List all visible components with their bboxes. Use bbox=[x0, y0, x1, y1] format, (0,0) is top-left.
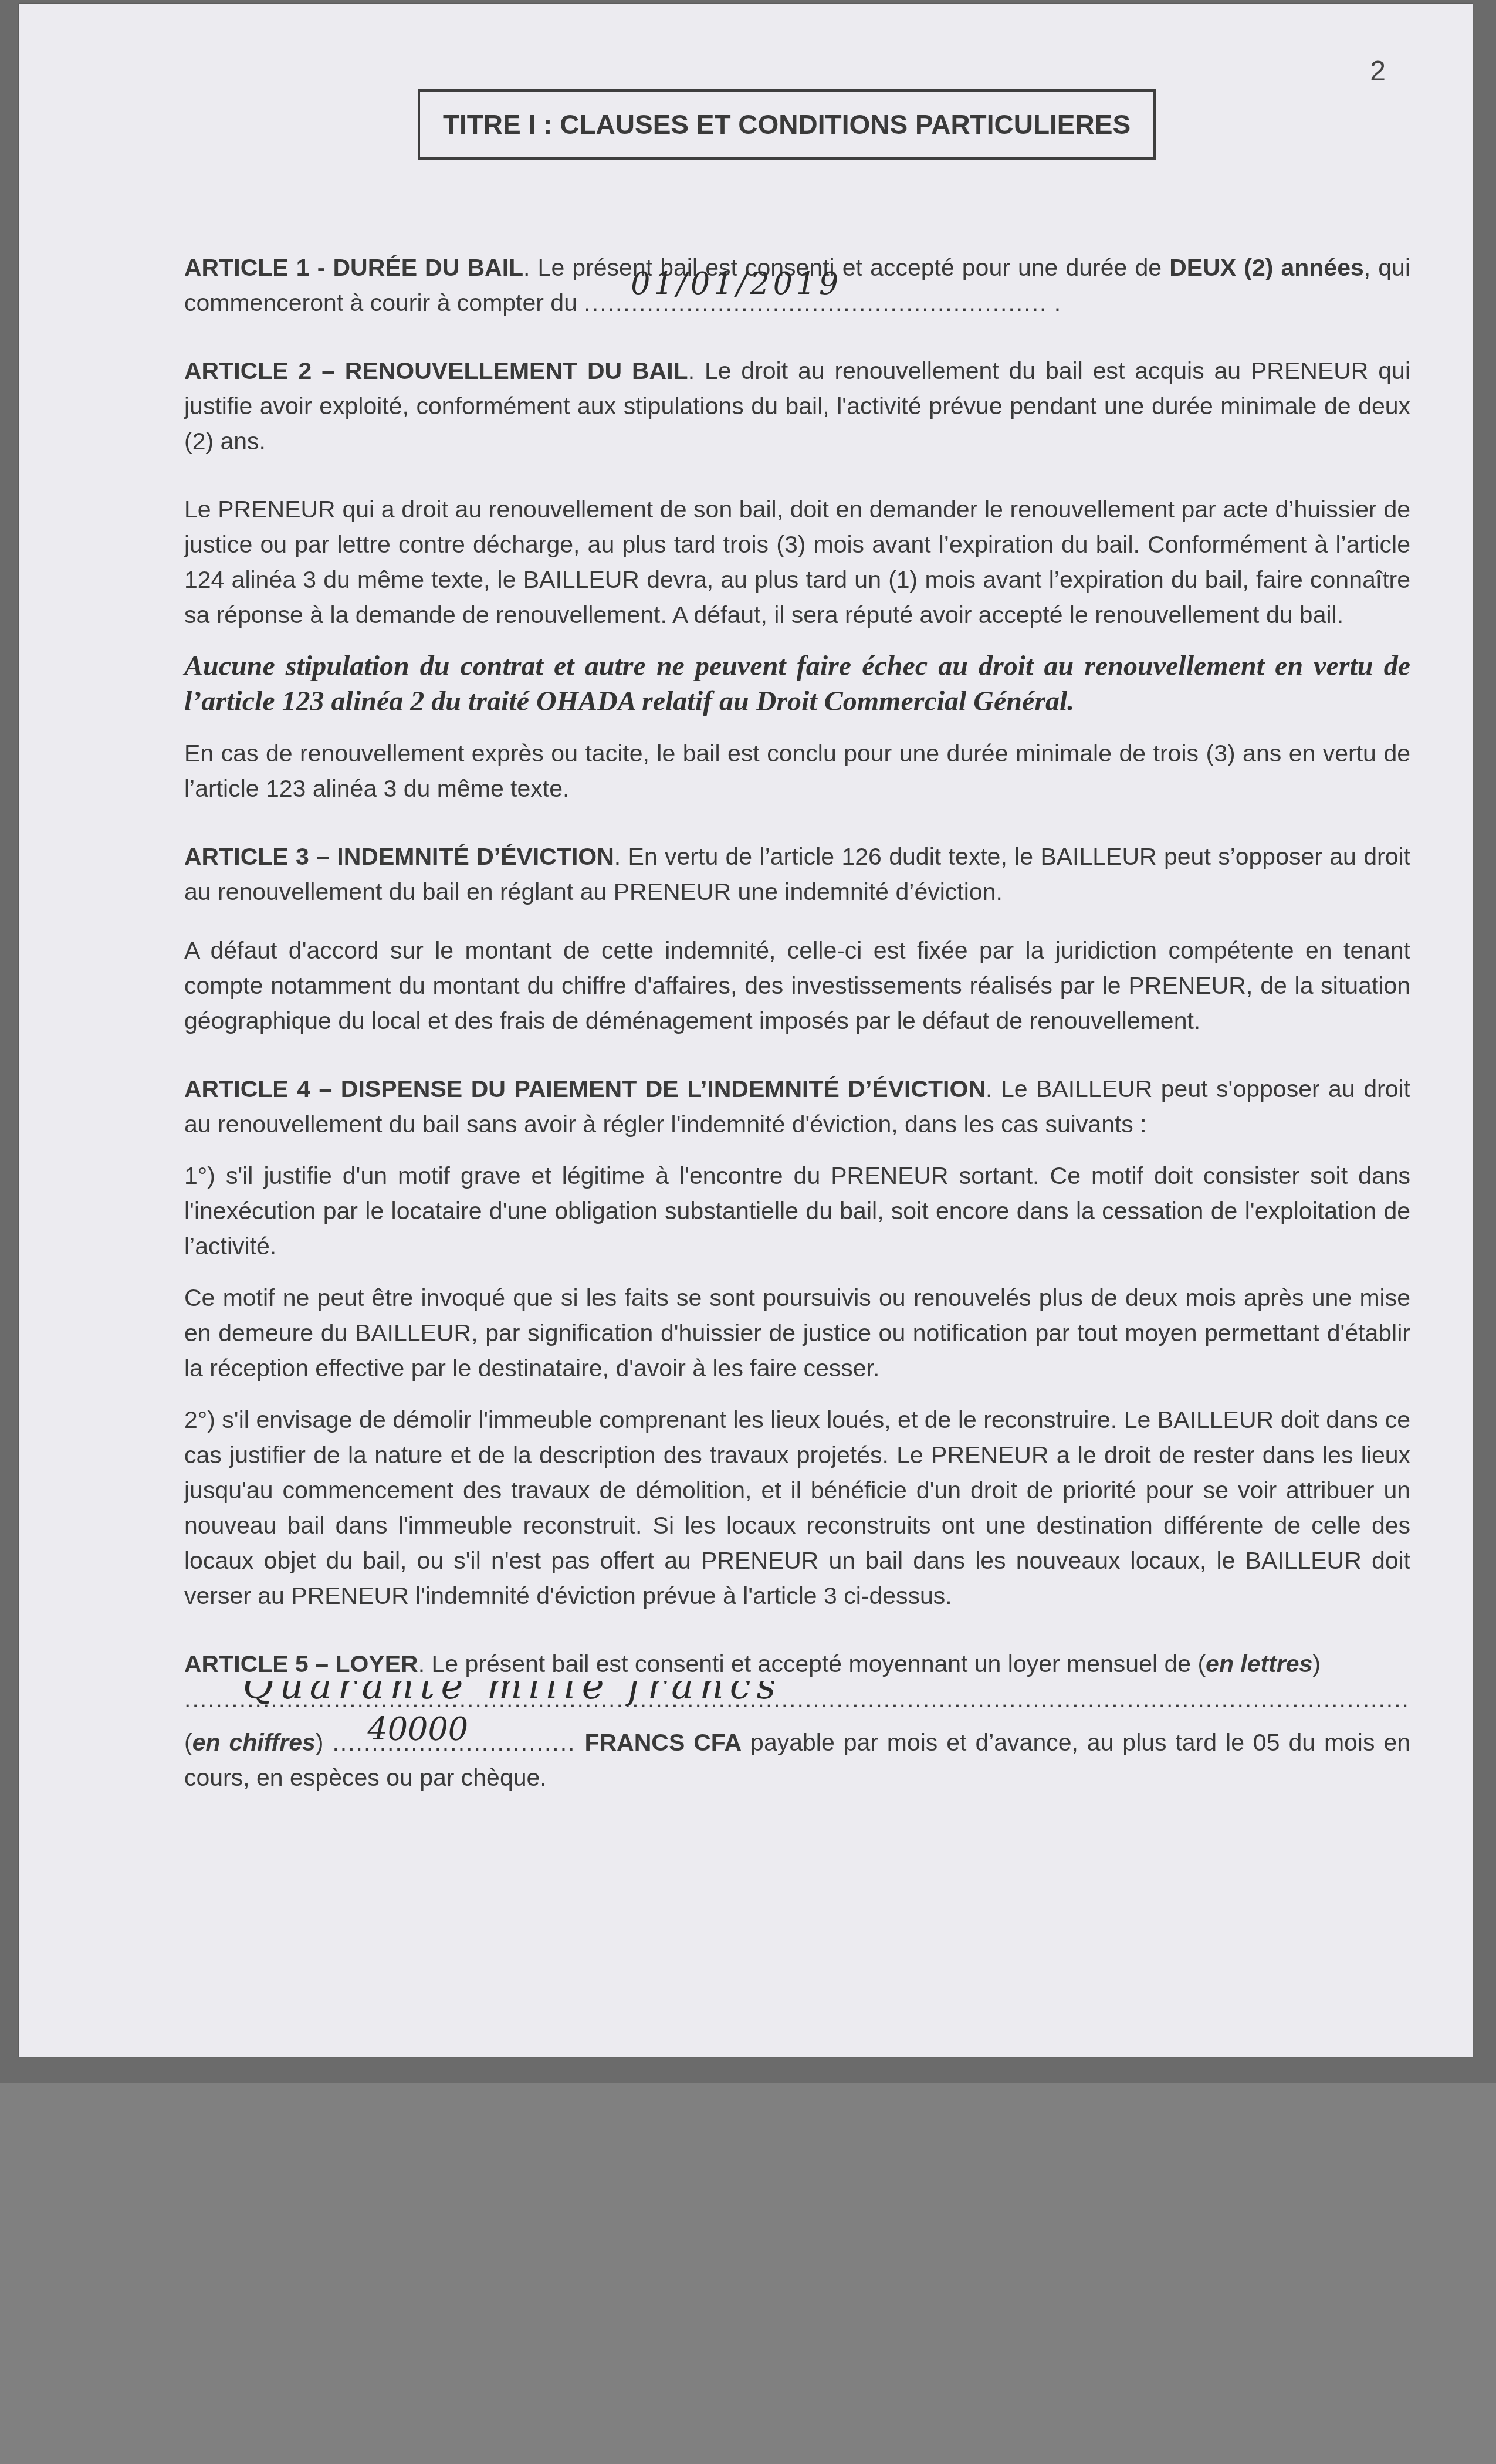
article-2-p4: En cas de renouvellement exprès ou tacit… bbox=[184, 736, 1410, 806]
article-4-case-1: 1°) s'il justifie d'un motif grave et lé… bbox=[184, 1158, 1410, 1264]
article-3: ARTICLE 3 – INDEMNITÉ D’ÉVICTION. En ver… bbox=[184, 839, 1410, 909]
rent-figures-field[interactable]: ...............................40000 bbox=[332, 1725, 576, 1760]
article-4-case-2: 2°) s'il envisage de démolir l'immeuble … bbox=[184, 1402, 1410, 1613]
article-2-emphasis: Aucune stipulation du contrat et autre n… bbox=[184, 649, 1410, 719]
lease-duration: DEUX (2) années bbox=[1169, 254, 1364, 281]
rent-figures-handwritten: 40000 bbox=[367, 1712, 468, 1747]
article-1-end: . bbox=[1047, 289, 1061, 316]
page-number: 2 bbox=[1370, 55, 1386, 87]
article-2-heading: ARTICLE 2 – RENOUVELLEMENT DU BAIL bbox=[184, 357, 688, 384]
article-5-heading: ARTICLE 5 – LOYER bbox=[184, 1650, 418, 1677]
article-3-heading: ARTICLE 3 – INDEMNITÉ D’ÉVICTION bbox=[184, 843, 614, 870]
en-chiffres-label: en chiffres bbox=[192, 1729, 316, 1756]
paren-open: ( bbox=[184, 1729, 192, 1756]
article-3-p2: A défaut d'accord sur le montant de cett… bbox=[184, 933, 1410, 1038]
article-5-text-a: . Le présent bail est consenti et accept… bbox=[418, 1650, 1206, 1677]
paren-close: ) bbox=[316, 1729, 333, 1756]
start-date-field[interactable]: ........................................… bbox=[584, 285, 1047, 320]
article-2-p2: Le PRENEUR qui a droit au renouvellement… bbox=[184, 492, 1410, 632]
article-4: ARTICLE 4 – DISPENSE DU PAIEMENT DE L’IN… bbox=[184, 1071, 1410, 1142]
article-1: ARTICLE 1 - DURÉE DU BAIL. Le présent ba… bbox=[184, 250, 1410, 320]
document-body: ARTICLE 1 - DURÉE DU BAIL. Le présent ba… bbox=[184, 250, 1410, 1795]
article-1-text-a: . Le présent bail est consenti et accept… bbox=[523, 254, 1169, 281]
article-4-p3: Ce motif ne peut être invoqué que si les… bbox=[184, 1280, 1410, 1386]
rent-letters-handwritten: Quarante mille francs bbox=[243, 1681, 781, 1704]
currency-label: FRANCS CFA bbox=[576, 1729, 742, 1756]
article-1-heading: ARTICLE 1 - DURÉE DU BAIL bbox=[184, 254, 523, 281]
article-4-heading: ARTICLE 4 – DISPENSE DU PAIEMENT DE L’IN… bbox=[184, 1075, 986, 1102]
document-page: 2 TITRE I : CLAUSES ET CONDITIONS PARTIC… bbox=[19, 4, 1473, 2057]
article-2: ARTICLE 2 – RENOUVELLEMENT DU BAIL. Le d… bbox=[184, 353, 1410, 459]
document-title: TITRE I : CLAUSES ET CONDITIONS PARTICUL… bbox=[443, 109, 1131, 140]
en-lettres-label: en lettres bbox=[1206, 1650, 1312, 1677]
title-box: TITRE I : CLAUSES ET CONDITIONS PARTICUL… bbox=[418, 89, 1156, 160]
article-5-figures: (en chiffres) ..........................… bbox=[184, 1725, 1410, 1795]
start-date-handwritten: 01/01/2019 bbox=[631, 266, 842, 302]
article-5-text-a-end: ) bbox=[1312, 1650, 1321, 1677]
article-5: ARTICLE 5 – LOYER. Le présent bail est c… bbox=[184, 1646, 1410, 1681]
